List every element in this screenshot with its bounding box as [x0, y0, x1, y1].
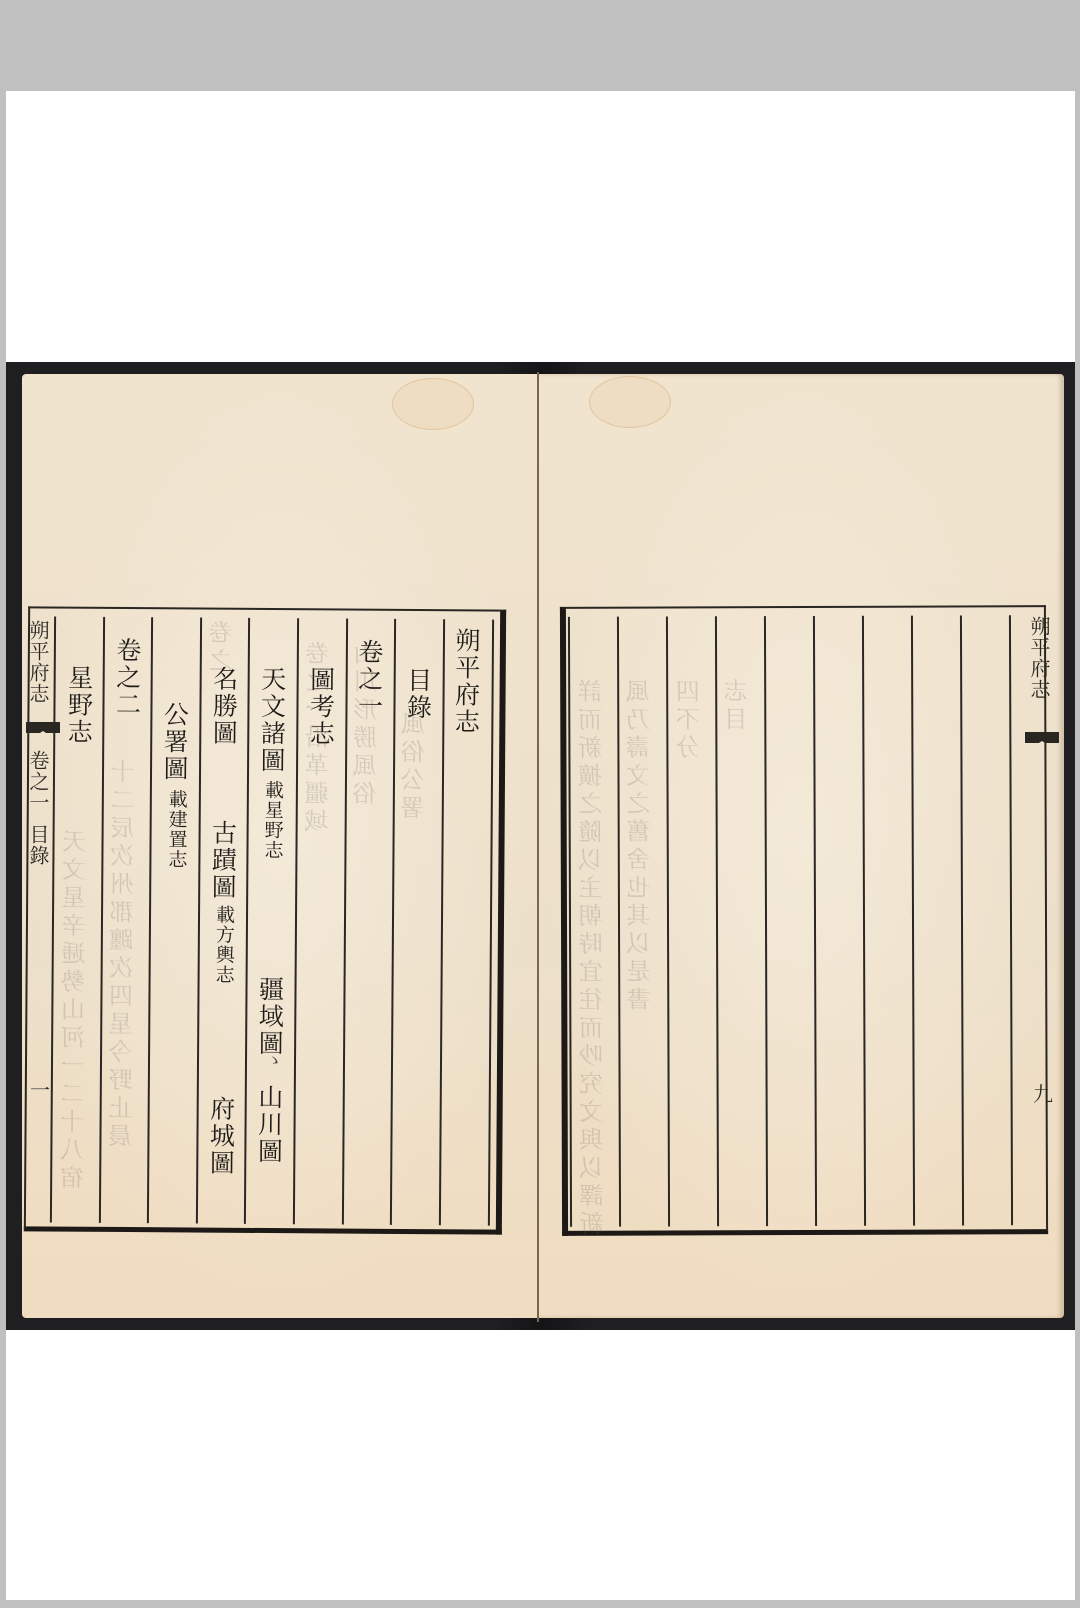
banxin-title: 朔平府志 [28, 620, 48, 704]
column-rule [390, 619, 396, 1225]
column-rule [911, 616, 915, 1226]
column-rule [293, 618, 299, 1224]
column-rule [813, 616, 817, 1226]
column-rule [617, 617, 621, 1227]
toc-entry: 古蹟圖 [210, 820, 236, 901]
column-rule [715, 616, 719, 1226]
column-rule [196, 618, 202, 1224]
chapter-heading: 卷之一 [356, 639, 382, 720]
left-page-frame: 天文星辛逓勢山河一二十八宿 十二辰次州郡躔次四星今野止晨 卷之 卷之一沿革疆域 … [24, 606, 506, 1234]
show-through-text: 風俗公署 [401, 711, 428, 1111]
toc-entry: 天文諸圖 [259, 666, 285, 774]
column-rule [244, 618, 250, 1224]
show-through-text: 山川形勝風俗 [352, 641, 380, 1201]
right-page: 詳而新擴之隨以主朝時宜往而吵究文與以譯新 風乃壽文之舊舍也其以是書 四不分 志目… [539, 374, 1064, 1318]
column-rule [960, 615, 964, 1225]
toc-entry: 山川圖 [256, 1084, 282, 1165]
show-through-text: 詳而新擴之隨以主朝時宜往而吵究文與以譯新 [580, 679, 606, 1239]
left-page: 天文星辛逓勢山河一二十八宿 十二辰次州郡躔次四星今野止晨 卷之 卷之一沿革疆域 … [22, 374, 538, 1318]
subsection-heading: 圖考志 [308, 666, 334, 747]
column-rule [147, 617, 153, 1223]
column-rule [568, 617, 572, 1227]
show-through-text: 十二辰次州郡躔次四星今野止晨 [110, 759, 137, 1219]
toc-entry-note: 載星野志 [262, 780, 282, 860]
toc-entry-note: 載方輿志 [214, 905, 234, 985]
folio-number: 九 [1033, 1078, 1053, 1107]
water-stain [392, 378, 474, 430]
column-rule [50, 617, 56, 1223]
book-photo: 天文星辛逓勢山河一二十八宿 十二辰次州郡躔次四星今野止晨 卷之 卷之一沿革疆域 … [6, 362, 1075, 1330]
column-rule [764, 616, 768, 1226]
banxin-title: 朔平府志 [1029, 616, 1049, 700]
toc-entry-note: 載建置志 [166, 789, 186, 869]
show-through-text: 天文星辛逓勢山河一二十八宿 [62, 829, 89, 1209]
toc-entry: 名勝圖 [211, 666, 237, 747]
column-rule [439, 619, 445, 1225]
toc-entry: 府城圖 [208, 1096, 234, 1177]
column-rule [862, 616, 866, 1226]
section-heading: 目錄 [405, 667, 430, 721]
banxin-section: 目錄 [28, 824, 48, 866]
column-rule [99, 617, 105, 1223]
show-through-text: 四不分 [678, 678, 703, 978]
water-stain [589, 376, 671, 428]
toc-entry: 公署圖 [162, 701, 188, 782]
show-through-text: 風乃壽文之舊舍也其以是書 [628, 679, 654, 1239]
right-page-frame: 詳而新擴之隨以主朝時宜往而吵究文與以譯新 風乃壽文之舊舍也其以是書 四不分 志目 [560, 605, 1048, 1236]
toc-entry: 疆域圖 [257, 976, 283, 1057]
show-through-text: 志目 [726, 678, 751, 978]
chapter-heading: 卷之二 [114, 637, 140, 718]
column-rule [1009, 615, 1013, 1225]
book-title: 朔平府志 [453, 627, 479, 735]
column-rule [488, 620, 494, 1226]
column-rule [342, 619, 348, 1225]
folio-number: 一 [30, 1074, 50, 1103]
subsection-heading: 星野志 [66, 665, 92, 746]
repeat-mark: ゝ [263, 1050, 282, 1070]
banxin-chapter: 卷之一 [28, 750, 48, 813]
column-rule [666, 616, 670, 1226]
